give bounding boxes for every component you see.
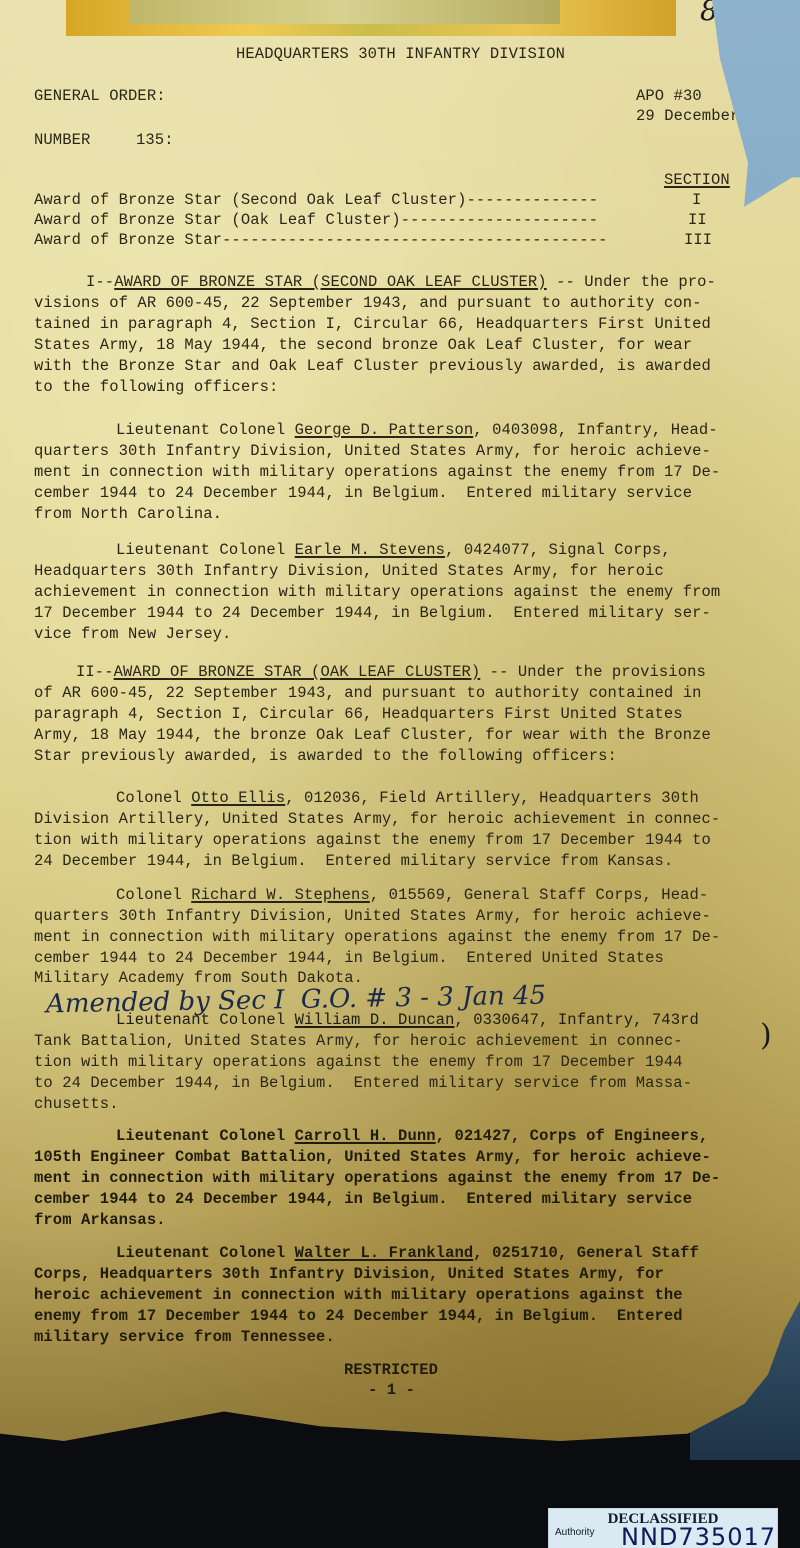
citation-line: 17 December 1944 to 24 December 1944, in…: [34, 603, 711, 624]
section-1-line: visions of AR 600-45, 22 September 1943,…: [34, 293, 702, 314]
citation-line: 24 December 1944, in Belgium. Entered mi…: [34, 851, 673, 872]
citation-rank: Lieutenant Colonel: [116, 421, 295, 439]
apo-label: APO #30: [636, 86, 702, 107]
tape-overlay: [130, 0, 560, 24]
toc-item-section: III: [684, 230, 712, 251]
toc-heading: SECTION: [664, 170, 730, 191]
page-number: - 1 -: [368, 1380, 415, 1401]
toc-item-label: Award of Bronze Star (Second Oak Leaf Cl…: [34, 190, 598, 211]
citation-first-line: Lieutenant Colonel Carroll H. Dunn, 0214…: [116, 1126, 708, 1147]
citation-first-line: Lieutenant Colonel Earle M. Stevens, 042…: [116, 540, 671, 561]
toc-item-label: Award of Bronze Star--------------------…: [34, 230, 608, 251]
section-1-title: AWARD OF BRONZE STAR (SECOND OAK LEAF CL…: [114, 273, 546, 291]
citation-name: Richard W. Stephens: [191, 886, 370, 904]
section-2-title: AWARD OF BRONZE STAR (OAK LEAF CLUSTER): [114, 663, 481, 681]
section-1-prefix: I--: [86, 273, 114, 291]
citation-line: from North Carolina.: [34, 504, 222, 525]
section-2-intro: -- Under the provisions: [480, 663, 706, 681]
section-1-line: States Army, 18 May 1944, the second bro…: [34, 335, 692, 356]
citation-rank: Lieutenant Colonel: [116, 541, 295, 559]
citation-line: vice from New Jersey.: [34, 624, 231, 645]
citation-rank: Colonel: [116, 789, 191, 807]
citation-name: George D. Patterson: [295, 421, 474, 439]
stamp-authority-label: Authority: [555, 1527, 594, 1538]
declassified-stamp: DECLASSIFIED Authority NND735017: [548, 1508, 778, 1548]
number-label: NUMBER: [34, 130, 90, 151]
citation-line: ment in connection with military operati…: [34, 927, 720, 948]
citation-line: Corps, Headquarters 30th Infantry Divisi…: [34, 1264, 664, 1285]
section-1-heading-line: I--AWARD OF BRONZE STAR (SECOND OAK LEAF…: [86, 272, 716, 293]
citation-line: quarters 30th Infantry Division, United …: [34, 906, 711, 927]
citation-name: Carroll H. Dunn: [295, 1127, 436, 1145]
citation-line: quarters 30th Infantry Division, United …: [34, 441, 711, 462]
citation-details: , 0403098, Infantry, Head-: [473, 421, 717, 439]
citation-line: cember 1944 to 24 December 1944, in Belg…: [34, 948, 664, 969]
citation-name: Earle M. Stevens: [295, 541, 445, 559]
section-1-intro: -- Under the pro-: [547, 273, 716, 291]
section-1-line: tained in paragraph 4, Section I, Circul…: [34, 314, 711, 335]
toc-item-label: Award of Bronze Star (Oak Leaf Cluster)-…: [34, 210, 598, 231]
citation-line: ment in connection with military operati…: [34, 462, 720, 483]
citation-name: William D. Duncan: [295, 1011, 455, 1029]
citation-rank: Lieutenant Colonel: [116, 1244, 295, 1262]
citation-first-line: Colonel Otto Ellis, 012036, Field Artill…: [116, 788, 699, 809]
org-heading: HEADQUARTERS 30TH INFANTRY DIVISION: [236, 44, 565, 65]
citation-details: , 012036, Field Artillery, Headquarters …: [285, 789, 699, 807]
bracket-mark: ): [760, 1018, 772, 1053]
citation-line: ment in connection with military operati…: [34, 1168, 720, 1189]
citation-line: heroic achievement in connection with mi…: [34, 1285, 683, 1306]
citation-line: enemy from 17 December 1944 to 24 Decemb…: [34, 1306, 683, 1327]
citation-line: tion with military operations against th…: [34, 830, 711, 851]
section-2-heading-line: II--AWARD OF BRONZE STAR (OAK LEAF CLUST…: [76, 662, 706, 683]
document-page: 81 HEADQUARTERS 30TH INFANTRY DIVISION G…: [0, 0, 800, 1478]
section-1-line: to the following officers:: [34, 377, 278, 398]
order-date: 29 December: [636, 106, 739, 127]
section-2-line: Star previously awarded, is awarded to t…: [34, 746, 617, 767]
citation-line: cember 1944 to 24 December 1944, in Belg…: [34, 483, 692, 504]
stamp-authority-number: NND735017: [621, 1523, 776, 1548]
citation-line: military service from Tennessee.: [34, 1327, 335, 1348]
general-order-label: GENERAL ORDER:: [34, 86, 166, 107]
citation-rank: Lieutenant Colonel: [116, 1011, 295, 1029]
citation-line: Tank Battalion, United States Army, for …: [34, 1031, 683, 1052]
citation-rank: Colonel: [116, 886, 191, 904]
citation-details: , 021427, Corps of Engineers,: [436, 1127, 709, 1145]
toc-item-section: II: [688, 210, 707, 231]
citation-details: , 0424077, Signal Corps,: [445, 541, 671, 559]
section-2-line: of AR 600-45, 22 September 1943, and pur…: [34, 683, 702, 704]
citation-name: Otto Ellis: [191, 789, 285, 807]
citation-first-line: Lieutenant Colonel Walter L. Frankland, …: [116, 1243, 699, 1264]
toc-item-section: I: [692, 190, 701, 211]
section-2-line: Army, 18 May 1944, the bronze Oak Leaf C…: [34, 725, 711, 746]
citation-line: 105th Engineer Combat Battalion, United …: [34, 1147, 711, 1168]
section-2-prefix: II--: [76, 663, 114, 681]
section-1-line: with the Bronze Star and Oak Leaf Cluste…: [34, 356, 711, 377]
citation-rank: Lieutenant Colonel: [116, 1127, 295, 1145]
citation-line: achievement in connection with military …: [34, 582, 720, 603]
citation-line: cember 1944 to 24 December 1944, in Belg…: [34, 1189, 692, 1210]
citation-first-line: Colonel Richard W. Stephens, 015569, Gen…: [116, 885, 708, 906]
citation-line: from Arkansas.: [34, 1210, 166, 1231]
classification-marking: RESTRICTED: [344, 1360, 438, 1381]
citation-name: Walter L. Frankland: [295, 1244, 474, 1262]
number-value: 135:: [136, 130, 174, 151]
citation-details: , 0330647, Infantry, 743rd: [454, 1011, 698, 1029]
citation-line: to 24 December 1944, in Belgium. Entered…: [34, 1073, 692, 1094]
citation-line: chusetts.: [34, 1094, 119, 1115]
citation-details: , 0251710, General Staff: [473, 1244, 699, 1262]
citation-details: , 015569, General Staff Corps, Head-: [370, 886, 708, 904]
citation-line: Division Artillery, United States Army, …: [34, 809, 720, 830]
section-2-line: paragraph 4, Section I, Circular 66, Hea…: [34, 704, 683, 725]
citation-first-line: Lieutenant Colonel George D. Patterson, …: [116, 420, 718, 441]
citation-line: Headquarters 30th Infantry Division, Uni…: [34, 561, 664, 582]
citation-first-line: Lieutenant Colonel William D. Duncan, 03…: [116, 1010, 699, 1031]
citation-line: tion with military operations against th…: [34, 1052, 683, 1073]
